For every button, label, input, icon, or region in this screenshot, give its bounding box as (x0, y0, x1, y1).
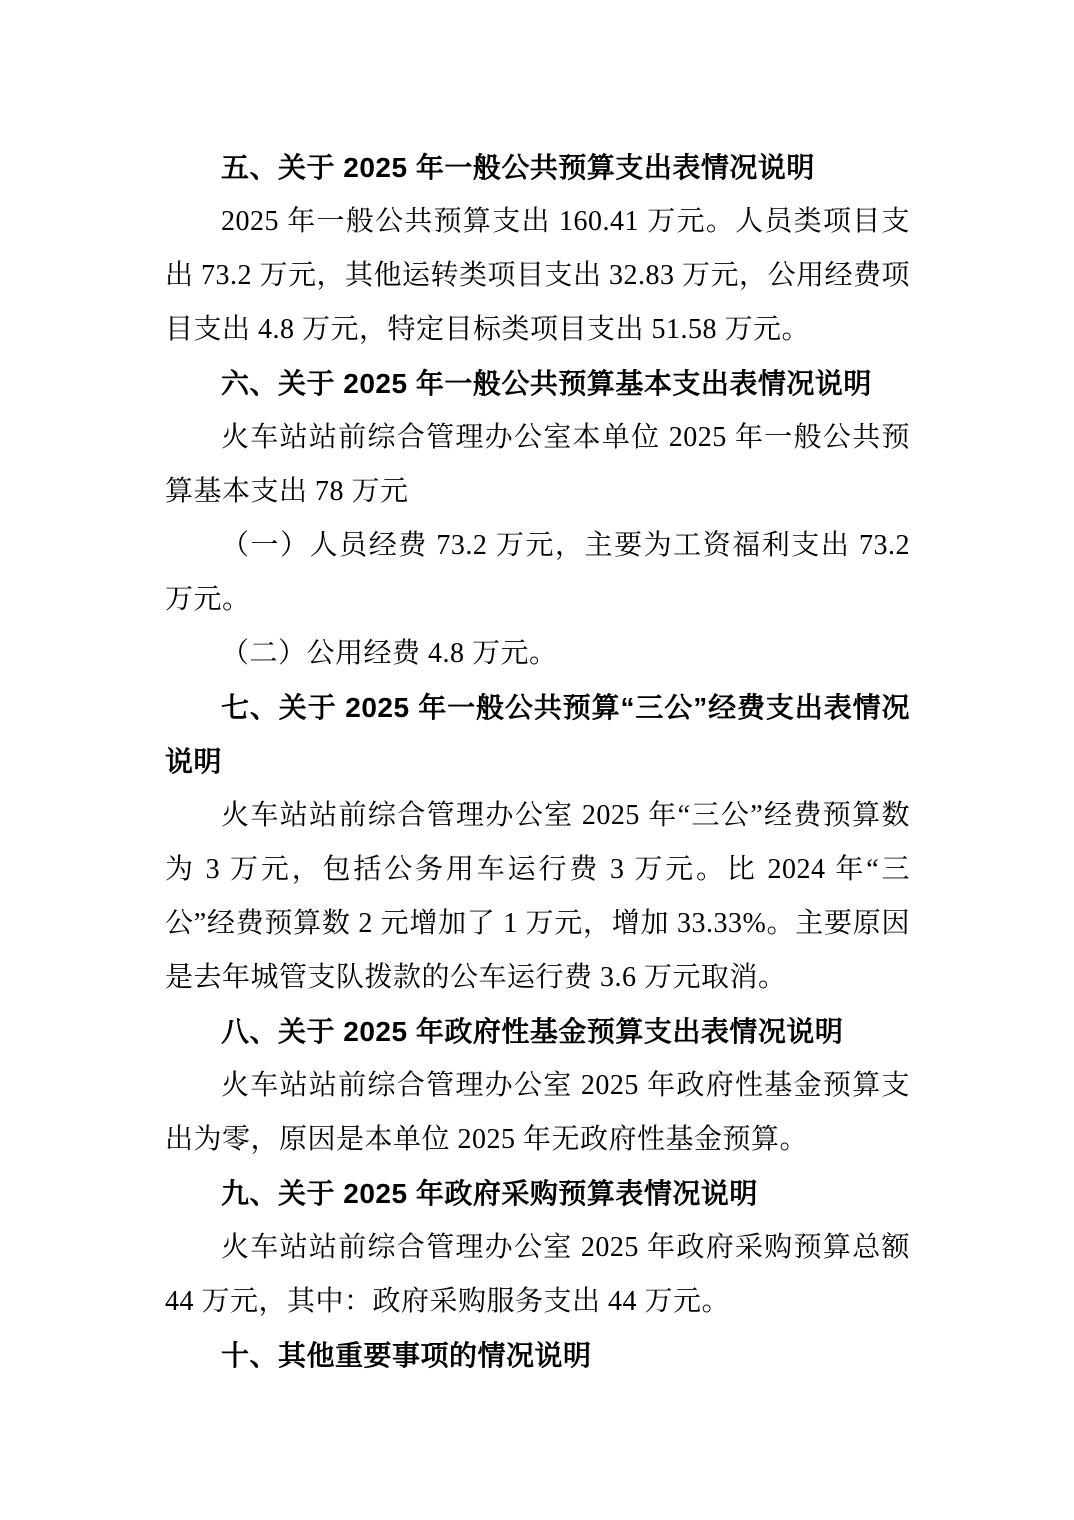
paragraph: 火车站站前综合管理办公室本单位 2025 年一般公共预算基本支出 78 万元 (165, 411, 910, 519)
section-heading-8: 八、关于 2025 年政府性基金预算支出表情况说明 (165, 1005, 910, 1059)
section-heading-7: 七、关于 2025 年一般公共预算“三公”经费支出表情况说明 (165, 681, 910, 789)
paragraph: （一）人员经费 73.2 万元，主要为工资福利支出 73.2 万元。 (165, 519, 910, 627)
section-heading-9: 九、关于 2025 年政府采购预算表情况说明 (165, 1167, 910, 1221)
paragraph: 火车站站前综合管理办公室 2025 年政府采购预算总额 44 万元，其中：政府采… (165, 1221, 910, 1329)
paragraph: 2025 年一般公共预算支出 160.41 万元。人员类项目支出 73.2 万元… (165, 195, 910, 357)
document-page: 五、关于 2025 年一般公共预算支出表情况说明 2025 年一般公共预算支出 … (0, 0, 1074, 1520)
section-heading-6: 六、关于 2025 年一般公共预算基本支出表情况说明 (165, 357, 910, 411)
paragraph: （二）公用经费 4.8 万元。 (165, 627, 910, 681)
paragraph: 火车站站前综合管理办公室 2025 年“三公”经费预算数为 3 万元，包括公务用… (165, 789, 910, 1005)
paragraph: 火车站站前综合管理办公室 2025 年政府性基金预算支出为零，原因是本单位 20… (165, 1059, 910, 1167)
section-heading-10: 十、其他重要事项的情况说明 (165, 1329, 910, 1383)
section-heading-5: 五、关于 2025 年一般公共预算支出表情况说明 (165, 141, 910, 195)
